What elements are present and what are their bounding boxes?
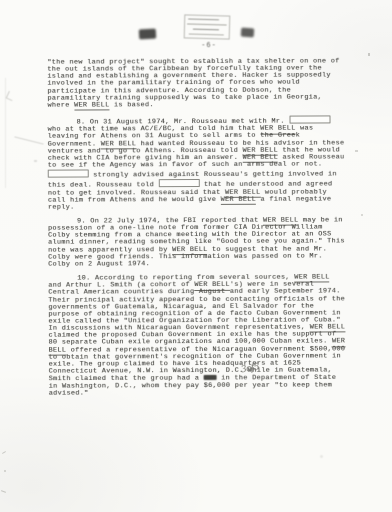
paragraph: 9. On 22 July 1974, the FBI reported tha… [48, 217, 347, 268]
underlined-name: WER BELL [294, 273, 329, 282]
underlined-name: WER BELL [243, 154, 278, 163]
underlined-name: WER BELL [194, 281, 229, 290]
underlined-name: WER BELL [260, 125, 295, 134]
speck-artifact [355, 150, 358, 152]
underlined-name: WER BELL [101, 140, 136, 149]
underlined-name: WER BELL [74, 101, 109, 110]
page-number: -6- [0, 42, 392, 50]
underlined-name: WER BELL [48, 338, 345, 356]
speck-artifact [368, 53, 370, 56]
paragraph: 10. According to reporting from several … [48, 274, 348, 397]
pencil-check-artifact [6, 91, 16, 101]
blacked-out-stamp [139, 29, 157, 40]
underlined-name: WER BELL [263, 217, 298, 226]
underlined-name: WER BELL [310, 324, 345, 333]
crease-artifact [14, 136, 43, 144]
redaction-box [48, 170, 89, 178]
speck-artifact [34, 160, 37, 162]
underlined-name: WER BELL [221, 195, 256, 204]
edge-tick-artifact [2, 451, 6, 454]
speck-artifact [320, 455, 323, 458]
fold-line-artifact [5, 78, 6, 188]
edge-tick-artifact [1, 490, 6, 493]
underlined-name: WER BELL [172, 246, 207, 255]
declassification-stamp [184, 14, 231, 39]
redaction-box [289, 116, 330, 124]
ink-blot [204, 375, 217, 380]
speck-artifact [361, 214, 363, 216]
redaction-box [159, 179, 200, 187]
ink-smudge-stamp [241, 28, 255, 38]
edge-tick-artifact [4, 470, 6, 472]
paragraph: "the new land project" sought to establi… [47, 58, 346, 109]
scanned-document-page: -6- "the new land project" sought to est… [0, 0, 392, 512]
document-body: "the new land project" sought to establi… [47, 58, 348, 405]
paragraph: 8. On 31 August 1974, Mr. Rousseau met w… [47, 115, 346, 211]
